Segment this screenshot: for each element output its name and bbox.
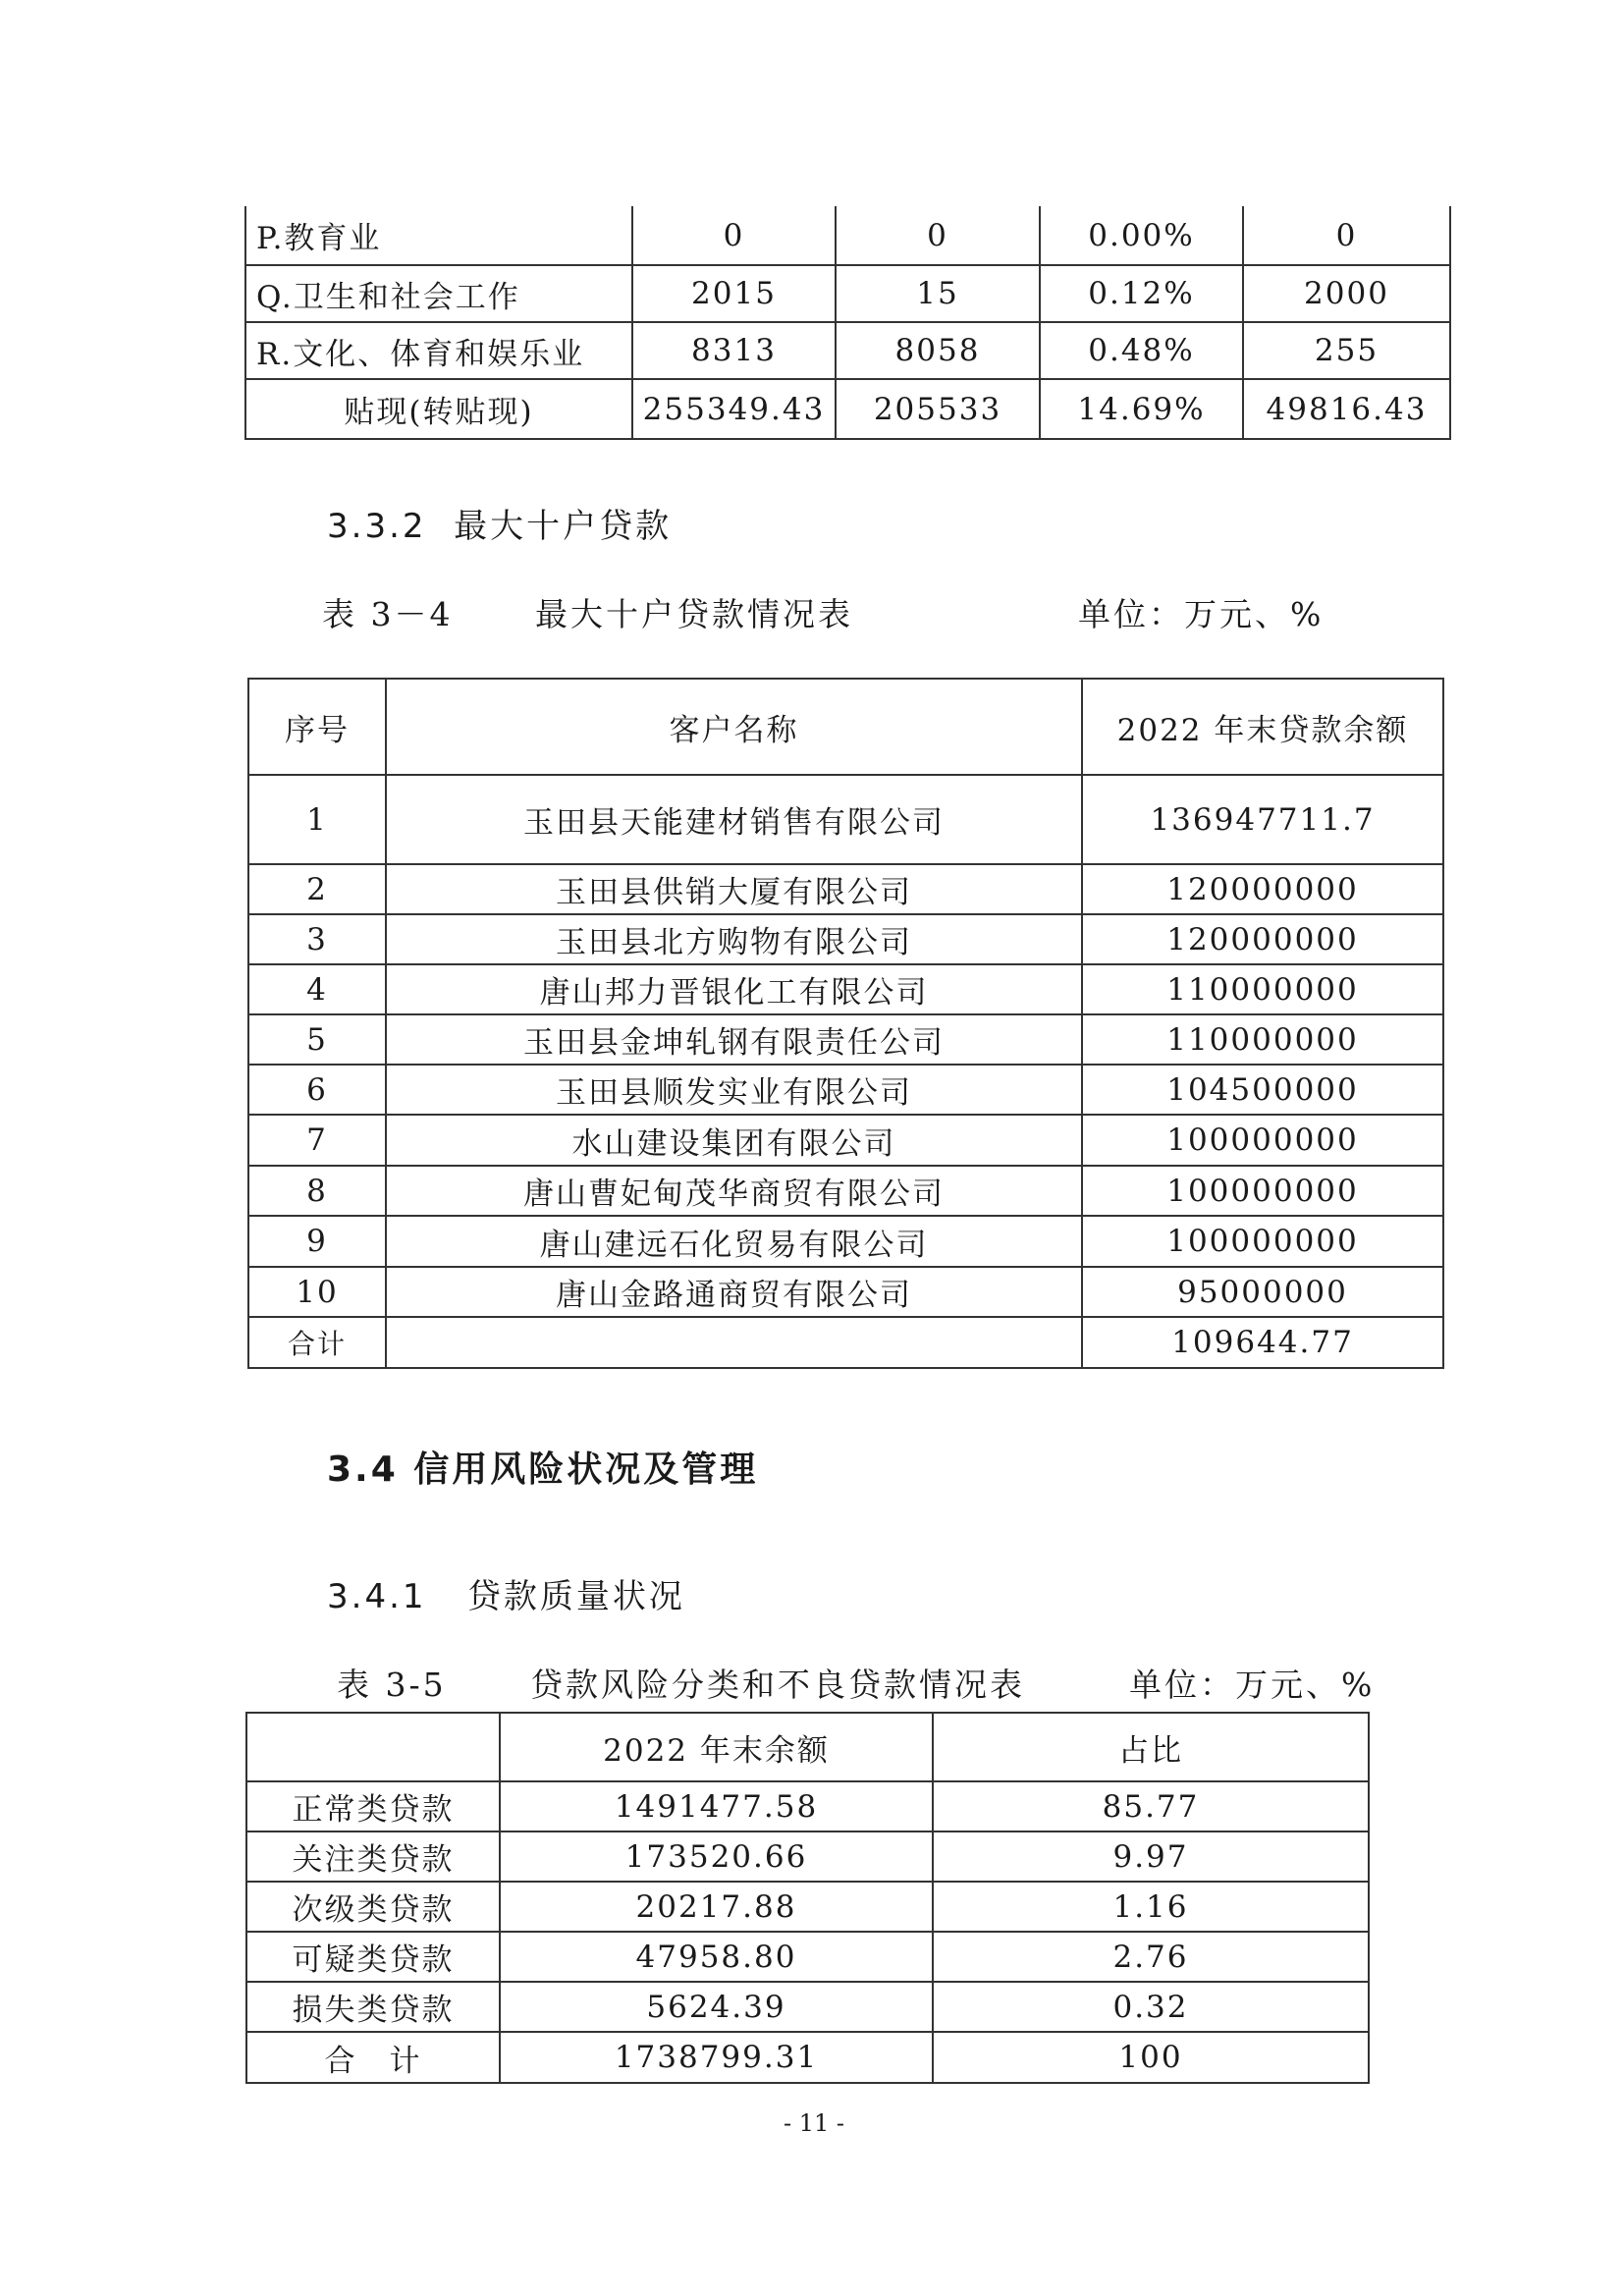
category-label: 正常类贷款	[246, 1781, 500, 1831]
customer-name: 玉田县供销大厦有限公司	[386, 864, 1082, 914]
customer-name: 玉田县顺发实业有限公司	[386, 1065, 1082, 1115]
loan-balance: 100000000	[1082, 1115, 1443, 1166]
table-caption-number: 表 3-5	[337, 1660, 447, 1706]
table-row: 6 玉田县顺发实业有限公司 104500000	[248, 1065, 1443, 1115]
page-number: - 11 -	[784, 2109, 844, 2137]
table-header-row: 2022 年末余额 占比	[246, 1713, 1369, 1781]
total-amount: 109644.77	[1082, 1317, 1443, 1368]
table-row: 可疑类贷款 47958.80 2.76	[246, 1932, 1369, 1982]
customer-name: 唐山曹妃甸茂华商贸有限公司	[386, 1166, 1082, 1216]
balance: 1738799.31	[500, 2032, 933, 2083]
table-row: 3 玉田县北方购物有限公司 120000000	[248, 914, 1443, 964]
table-caption-title: 贷款风险分类和不良贷款情况表	[530, 1660, 1025, 1706]
row-number: 7	[248, 1115, 386, 1166]
category-label: 关注类贷款	[246, 1831, 500, 1882]
table-row: 关注类贷款 173520.66 9.97	[246, 1831, 1369, 1882]
table-cell: 2000	[1243, 265, 1450, 322]
table-row: Q.卫生和社会工作 2015 15 0.12% 2000	[245, 265, 1450, 322]
category-label: 合 计	[246, 2032, 500, 2083]
section-heading-3-3-2: 3.3.2 最大十户贷款	[327, 499, 672, 547]
loan-risk-classification-table: 2022 年末余额 占比 正常类贷款 1491477.58 85.77 关注类贷…	[245, 1712, 1370, 2084]
table-row: 贴现(转贴现) 255349.43 205533 14.69% 49816.43	[245, 379, 1450, 439]
industry-label: 贴现(转贴现)	[245, 379, 632, 439]
loan-balance: 110000000	[1082, 1014, 1443, 1065]
table-row: 2 玉田县供销大厦有限公司 120000000	[248, 864, 1443, 914]
row-number: 9	[248, 1216, 386, 1267]
table-cell: 255349.43	[632, 379, 836, 439]
category-label: 损失类贷款	[246, 1982, 500, 2032]
loan-balance: 110000000	[1082, 964, 1443, 1014]
table-cell: 0	[836, 206, 1040, 265]
customer-name: 玉田县金坤轧钢有限责任公司	[386, 1014, 1082, 1065]
column-header	[246, 1713, 500, 1781]
balance: 1491477.58	[500, 1781, 933, 1831]
industry-label: R.文化、体育和娱乐业	[245, 322, 632, 379]
table-cell: 0.48%	[1040, 322, 1243, 379]
table-header-row: 序号 客户名称 2022 年末贷款余额	[248, 679, 1443, 775]
table-row: 8 唐山曹妃甸茂华商贸有限公司 100000000	[248, 1166, 1443, 1216]
table-row: 7 水山建设集团有限公司 100000000	[248, 1115, 1443, 1166]
row-number: 8	[248, 1166, 386, 1216]
table-row: R.文化、体育和娱乐业 8313 8058 0.48% 255	[245, 322, 1450, 379]
row-number: 6	[248, 1065, 386, 1115]
column-header: 占比	[933, 1713, 1369, 1781]
customer-name: 水山建设集团有限公司	[386, 1115, 1082, 1166]
balance: 20217.88	[500, 1882, 933, 1932]
row-number: 5	[248, 1014, 386, 1065]
loan-balance: 100000000	[1082, 1216, 1443, 1267]
loan-balance: 120000000	[1082, 914, 1443, 964]
table-cell: 8058	[836, 322, 1040, 379]
customer-name: 唐山建远石化贸易有限公司	[386, 1216, 1082, 1267]
table-row: 10 唐山金路通商贸有限公司 95000000	[248, 1267, 1443, 1317]
customer-name: 唐山金路通商贸有限公司	[386, 1267, 1082, 1317]
column-header: 序号	[248, 679, 386, 775]
share: 100	[933, 2032, 1369, 2083]
customer-name: 玉田县天能建材销售有限公司	[386, 775, 1082, 864]
table-caption-number: 表 3－4	[322, 589, 453, 635]
loan-balance: 136947711.7	[1082, 775, 1443, 864]
category-label: 可疑类贷款	[246, 1932, 500, 1982]
table-total-row: 合计 109644.77	[248, 1317, 1443, 1368]
share: 0.32	[933, 1982, 1369, 2032]
table-row: 9 唐山建远石化贸易有限公司 100000000	[248, 1216, 1443, 1267]
category-label: 次级类贷款	[246, 1882, 500, 1932]
table-row: 1 玉田县天能建材销售有限公司 136947711.7	[248, 775, 1443, 864]
table-cell: 0.00%	[1040, 206, 1243, 265]
table-row: 4 唐山邦力晋银化工有限公司 110000000	[248, 964, 1443, 1014]
table-row: 5 玉田县金坤轧钢有限责任公司 110000000	[248, 1014, 1443, 1065]
row-number: 10	[248, 1267, 386, 1317]
industry-loan-table-continued: P.教育业 0 0 0.00% 0 Q.卫生和社会工作 2015 15 0.12…	[244, 206, 1451, 440]
share: 1.16	[933, 1882, 1369, 1932]
table-caption-unit: 单位：万元、%	[1078, 589, 1324, 635]
balance: 173520.66	[500, 1831, 933, 1882]
table-cell: 8313	[632, 322, 836, 379]
industry-label: Q.卫生和社会工作	[245, 265, 632, 322]
total-name	[386, 1317, 1082, 1368]
table-caption-unit: 单位：万元、%	[1129, 1660, 1375, 1706]
section-heading-3-4: 3.4 信用风险状况及管理	[327, 1442, 758, 1492]
table-cell: 255	[1243, 322, 1450, 379]
customer-name: 玉田县北方购物有限公司	[386, 914, 1082, 964]
table-cell: 49816.43	[1243, 379, 1450, 439]
row-number: 4	[248, 964, 386, 1014]
table-cell: 0	[1243, 206, 1450, 265]
table-cell: 15	[836, 265, 1040, 322]
table-row: 次级类贷款 20217.88 1.16	[246, 1882, 1369, 1932]
balance: 47958.80	[500, 1932, 933, 1982]
table-row: 正常类贷款 1491477.58 85.77	[246, 1781, 1369, 1831]
share: 2.76	[933, 1932, 1369, 1982]
total-label: 合计	[248, 1317, 386, 1368]
loan-balance: 95000000	[1082, 1267, 1443, 1317]
top-ten-loans-table: 序号 客户名称 2022 年末贷款余额 1 玉田县天能建材销售有限公司 1369…	[247, 678, 1444, 1369]
row-number: 3	[248, 914, 386, 964]
loan-balance: 100000000	[1082, 1166, 1443, 1216]
industry-label: P.教育业	[245, 206, 632, 265]
balance: 5624.39	[500, 1982, 933, 2032]
table-caption-title: 最大十户贷款情况表	[535, 589, 853, 635]
table-cell: 14.69%	[1040, 379, 1243, 439]
section-heading-3-4-1: 3.4.1 贷款质量状况	[327, 1569, 685, 1617]
table-row: P.教育业 0 0 0.00% 0	[245, 206, 1450, 265]
column-header: 2022 年末贷款余额	[1082, 679, 1443, 775]
row-number: 2	[248, 864, 386, 914]
column-header: 客户名称	[386, 679, 1082, 775]
customer-name: 唐山邦力晋银化工有限公司	[386, 964, 1082, 1014]
share: 85.77	[933, 1781, 1369, 1831]
table-cell: 0	[632, 206, 836, 265]
table-total-row: 合 计 1738799.31 100	[246, 2032, 1369, 2083]
column-header: 2022 年末余额	[500, 1713, 933, 1781]
share: 9.97	[933, 1831, 1369, 1882]
row-number: 1	[248, 775, 386, 864]
table-cell: 2015	[632, 265, 836, 322]
table-cell: 205533	[836, 379, 1040, 439]
table-cell: 0.12%	[1040, 265, 1243, 322]
loan-balance: 120000000	[1082, 864, 1443, 914]
loan-balance: 104500000	[1082, 1065, 1443, 1115]
table-row: 损失类贷款 5624.39 0.32	[246, 1982, 1369, 2032]
